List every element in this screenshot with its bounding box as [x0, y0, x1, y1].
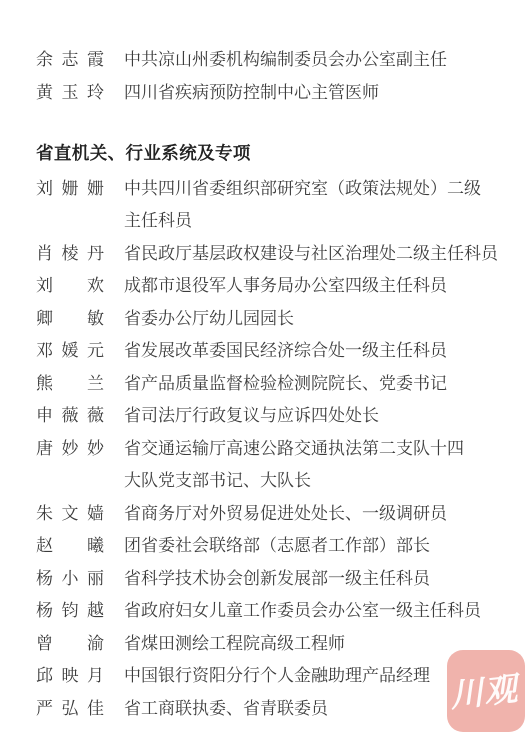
chuanguan-logo-watermark: 川观	[447, 650, 525, 732]
position-line: 省煤田测绘工程院高级工程师	[124, 628, 500, 661]
position-line: 省交通运输厅高速公路交通执法第二支队十四	[124, 433, 500, 466]
award-list: 余志霞中共凉山州委机构编制委员会办公室副主任黄玉玲四川省疾病预防控制中心主管医师…	[36, 44, 500, 725]
list-item: 刘欢成都市退役军人事务局办公室四级主任科员	[36, 270, 500, 303]
person-position: 省工商联执委、省青联委员	[124, 693, 500, 726]
list-item: 刘姗姗中共四川省委组织部研究室（政策法规处）二级主任科员	[36, 173, 500, 238]
person-name: 熊兰	[36, 368, 104, 401]
person-position: 团省委社会联络部（志愿者工作部）部长	[124, 530, 500, 563]
section-header: 省直机关、行业系统及专项	[36, 137, 500, 170]
position-line: 省产品质量监督检验检测院院长、党委书记	[124, 368, 500, 401]
person-position: 省司法厅行政复议与应诉四处处长	[124, 400, 500, 433]
position-line: 省委办公厅幼儿园园长	[124, 303, 500, 336]
person-name: 严弘佳	[36, 693, 104, 726]
chuanguan-logo-text: 川观	[448, 662, 521, 716]
person-position: 省商务厅对外贸易促进处处长、一级调研员	[124, 498, 500, 531]
person-name: 卿敏	[36, 303, 104, 336]
list-item: 邱映月中国银行资阳分行个人金融助理产品经理	[36, 660, 500, 693]
person-name: 肖棱丹	[36, 238, 104, 271]
person-position: 省委办公厅幼儿园园长	[124, 303, 500, 336]
list-item: 赵曦团省委社会联络部（志愿者工作部）部长	[36, 530, 500, 563]
person-name: 黄玉玲	[36, 77, 104, 110]
list-item: 杨小丽省科学技术协会创新发展部一级主任科员	[36, 563, 500, 596]
person-position: 省科学技术协会创新发展部一级主任科员	[124, 563, 500, 596]
list-item: 邓媛元省发展改革委国民经济综合处一级主任科员	[36, 335, 500, 368]
list-item: 唐妙妙省交通运输厅高速公路交通执法第二支队十四大队党支部书记、大队长	[36, 433, 500, 498]
person-name: 曾渝	[36, 628, 104, 661]
position-line: 省工商联执委、省青联委员	[124, 693, 500, 726]
person-position: 中共四川省委组织部研究室（政策法规处）二级主任科员	[124, 173, 500, 238]
list-item: 熊兰省产品质量监督检验检测院院长、党委书记	[36, 368, 500, 401]
position-line: 主任科员	[124, 205, 500, 238]
person-name: 杨钧越	[36, 595, 104, 628]
position-line: 中共四川省委组织部研究室（政策法规处）二级	[124, 173, 500, 206]
person-position: 省煤田测绘工程院高级工程师	[124, 628, 500, 661]
list-item: 申薇薇省司法厅行政复议与应诉四处处长	[36, 400, 500, 433]
position-line: 省发展改革委国民经济综合处一级主任科员	[124, 335, 500, 368]
position-line: 成都市退役军人事务局办公室四级主任科员	[124, 270, 500, 303]
person-name: 杨小丽	[36, 563, 104, 596]
person-position: 成都市退役军人事务局办公室四级主任科员	[124, 270, 500, 303]
person-name: 余志霞	[36, 44, 104, 77]
list-item: 卿敏省委办公厅幼儿园园长	[36, 303, 500, 336]
position-line: 大队党支部书记、大队长	[124, 465, 500, 498]
position-line: 省商务厅对外贸易促进处处长、一级调研员	[124, 498, 500, 531]
person-name: 朱文嫱	[36, 498, 104, 531]
position-line: 团省委社会联络部（志愿者工作部）部长	[124, 530, 500, 563]
position-line: 四川省疾病预防控制中心主管医师	[124, 77, 500, 110]
position-line: 省科学技术协会创新发展部一级主任科员	[124, 563, 500, 596]
list-item: 黄玉玲四川省疾病预防控制中心主管医师	[36, 77, 500, 110]
position-line: 中国银行资阳分行个人金融助理产品经理	[124, 660, 500, 693]
person-position: 省政府妇女儿童工作委员会办公室一级主任科员	[124, 595, 500, 628]
person-name: 刘姗姗	[36, 173, 104, 206]
person-position: 省交通运输厅高速公路交通执法第二支队十四大队党支部书记、大队长	[124, 433, 500, 498]
position-line: 省政府妇女儿童工作委员会办公室一级主任科员	[124, 595, 500, 628]
position-line: 省司法厅行政复议与应诉四处处长	[124, 400, 500, 433]
list-item: 余志霞中共凉山州委机构编制委员会办公室副主任	[36, 44, 500, 77]
list-item: 肖棱丹省民政厅基层政权建设与社区治理处二级主任科员	[36, 238, 500, 271]
person-position: 省发展改革委国民经济综合处一级主任科员	[124, 335, 500, 368]
person-name: 刘欢	[36, 270, 104, 303]
person-position: 省产品质量监督检验检测院院长、党委书记	[124, 368, 500, 401]
list-item: 曾渝省煤田测绘工程院高级工程师	[36, 628, 500, 661]
list-section: 余志霞中共凉山州委机构编制委员会办公室副主任黄玉玲四川省疾病预防控制中心主管医师	[36, 44, 500, 109]
list-item: 杨钧越省政府妇女儿童工作委员会办公室一级主任科员	[36, 595, 500, 628]
position-line: 中共凉山州委机构编制委员会办公室副主任	[124, 44, 500, 77]
person-position: 中国银行资阳分行个人金融助理产品经理	[124, 660, 500, 693]
position-line: 省民政厅基层政权建设与社区治理处二级主任科员	[124, 238, 500, 271]
person-name: 唐妙妙	[36, 433, 104, 466]
list-section: 省直机关、行业系统及专项刘姗姗中共四川省委组织部研究室（政策法规处）二级主任科员…	[36, 137, 500, 725]
person-name: 申薇薇	[36, 400, 104, 433]
person-name: 邓媛元	[36, 335, 104, 368]
list-item: 严弘佳省工商联执委、省青联委员	[36, 693, 500, 726]
person-position: 中共凉山州委机构编制委员会办公室副主任	[124, 44, 500, 77]
list-item: 朱文嫱省商务厅对外贸易促进处处长、一级调研员	[36, 498, 500, 531]
person-name: 赵曦	[36, 530, 104, 563]
person-name: 邱映月	[36, 660, 104, 693]
person-position: 四川省疾病预防控制中心主管医师	[124, 77, 500, 110]
person-position: 省民政厅基层政权建设与社区治理处二级主任科员	[124, 238, 500, 271]
